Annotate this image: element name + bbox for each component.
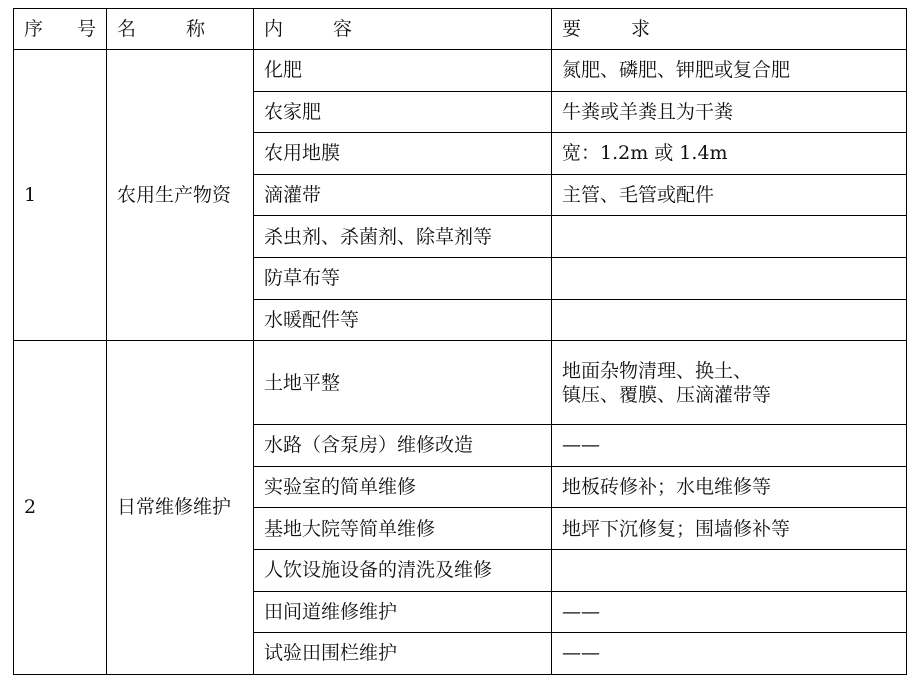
content-cell: 杀虫剂、杀菌剂、除草剂等: [254, 216, 552, 258]
requirement-cell: 主管、毛管或配件: [552, 174, 907, 216]
requirement-line: 地面杂物清理、换土、: [562, 359, 906, 383]
header-content: 内容: [254, 9, 552, 50]
requirement-cell: [552, 216, 907, 258]
requirement-cell: [552, 299, 907, 341]
header-name: 名称: [107, 9, 254, 50]
content-cell: 水暖配件等: [254, 299, 552, 341]
group-number: 1: [14, 50, 107, 341]
group-name: 农用生产物资: [107, 50, 254, 341]
requirement-cell: [552, 257, 907, 299]
group-number: 2: [14, 341, 107, 675]
requirement-cell: ——: [552, 425, 907, 467]
requirements-table: 序号 名称 内容 要求 1 农用生产物资 化肥 氮肥、磷肥、钾肥或复合肥 农家肥…: [13, 8, 907, 675]
content-cell: 土地平整: [254, 341, 552, 425]
content-cell: 滴灌带: [254, 174, 552, 216]
content-cell: 实验室的简单维修: [254, 466, 552, 508]
table-row: 2 日常维修维护 土地平整 地面杂物清理、换土、 镇压、覆膜、压滴灌带等: [14, 341, 907, 425]
requirement-cell: 牛粪或羊粪且为干粪: [552, 91, 907, 133]
content-cell: 化肥: [254, 50, 552, 92]
header-no: 序号: [14, 9, 107, 50]
content-cell: 水路（含泵房）维修改造: [254, 425, 552, 467]
requirement-cell: 地面杂物清理、换土、 镇压、覆膜、压滴灌带等: [552, 341, 907, 425]
content-cell: 田间道维修维护: [254, 591, 552, 633]
group-name: 日常维修维护: [107, 341, 254, 675]
requirement-cell: [552, 549, 907, 591]
requirement-cell: 氮肥、磷肥、钾肥或复合肥: [552, 50, 907, 92]
requirement-cell: 地坪下沉修复；围墙修补等: [552, 508, 907, 550]
header-requirement: 要求: [552, 9, 907, 50]
requirement-cell: 地板砖修补；水电维修等: [552, 466, 907, 508]
requirement-cell: 宽：1.2m 或 1.4m: [552, 133, 907, 175]
content-cell: 人饮设施设备的清洗及维修: [254, 549, 552, 591]
content-cell: 基地大院等简单维修: [254, 508, 552, 550]
content-cell: 农用地膜: [254, 133, 552, 175]
table-row: 1 农用生产物资 化肥 氮肥、磷肥、钾肥或复合肥: [14, 50, 907, 92]
requirement-cell: ——: [552, 633, 907, 675]
header-row: 序号 名称 内容 要求: [14, 9, 907, 50]
content-cell: 农家肥: [254, 91, 552, 133]
requirement-cell: ——: [552, 591, 907, 633]
content-cell: 试验田围栏维护: [254, 633, 552, 675]
content-cell: 防草布等: [254, 257, 552, 299]
requirement-line: 镇压、覆膜、压滴灌带等: [562, 383, 906, 407]
